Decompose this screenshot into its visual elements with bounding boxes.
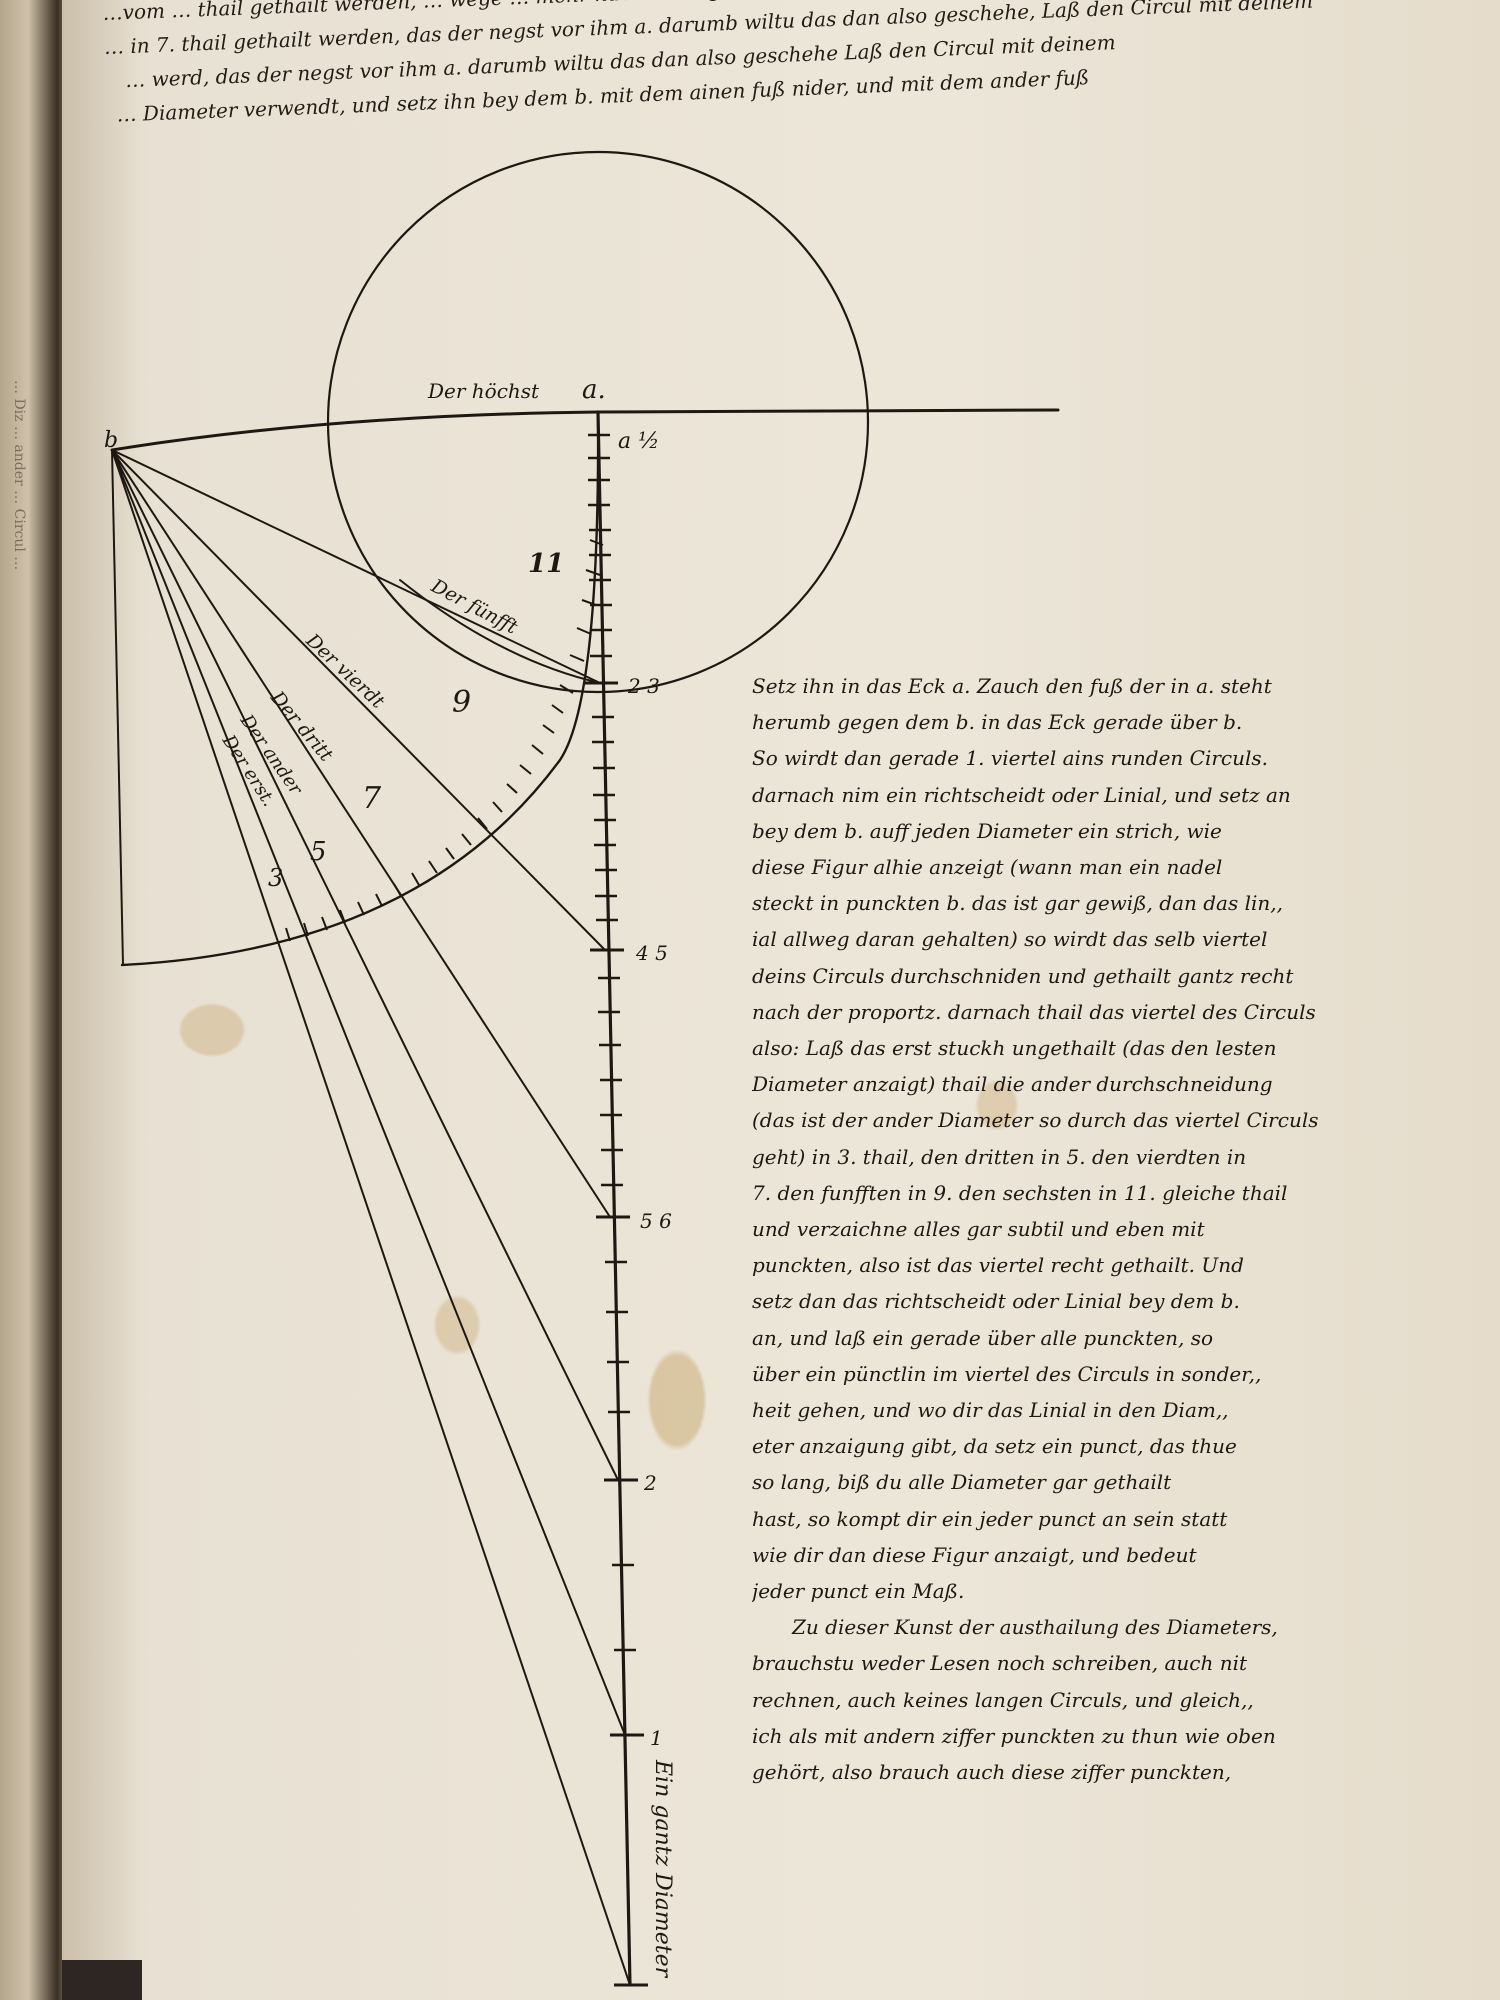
- arc-number-5: 5: [310, 837, 327, 867]
- body-line: punckten, also ist das viertel recht get…: [752, 1247, 1482, 1283]
- axis-label-2-3: 2 3: [627, 674, 660, 698]
- body-line: deins Circuls durchschniden und gethailt…: [752, 958, 1482, 994]
- point-b-label: b: [104, 428, 118, 453]
- diameter-label: Ein gantz Diameter: [650, 1759, 675, 1979]
- body-line: 7. den funfften in 9. den sechsten in 11…: [752, 1175, 1482, 1211]
- arc-number-11: 11: [528, 549, 564, 579]
- body-line: herumb gegen dem b. in das Eck gerade üb…: [752, 704, 1482, 740]
- body-line: eter anzaigung gibt, da setz ein punct, …: [752, 1428, 1482, 1464]
- body-line: bey dem b. auff jeden Diameter ein stric…: [752, 813, 1482, 849]
- manuscript-page: …vom … thail gethailt werden, … wege … m…: [62, 0, 1500, 2000]
- label-der-vierte: Der vierdt: [301, 629, 389, 713]
- left-edge-line: [112, 450, 123, 965]
- axis-label-1: 1: [650, 1726, 663, 1750]
- axis-label-5-6: 5 6: [640, 1209, 672, 1233]
- axis-label-4-5: 4 5: [635, 941, 668, 965]
- body-line: brauchstu weder Lesen noch schreiben, au…: [752, 1645, 1482, 1681]
- body-line: (das ist der ander Diameter so durch das…: [752, 1102, 1482, 1138]
- ray-andere: [112, 450, 625, 1735]
- label-der-hoechst: Der höchst: [427, 379, 540, 403]
- body-line: wie dir dan diese Figur anzaigt, und bed…: [752, 1537, 1482, 1573]
- book-cover-edge: [62, 1960, 142, 2000]
- body-line: ich als mit andern ziffer punckten zu th…: [752, 1718, 1482, 1754]
- body-line: jeder punct ein Maß.: [752, 1573, 1482, 1609]
- body-line: so lang, biß du alle Diameter gar gethai…: [752, 1464, 1482, 1500]
- body-line: Diameter anzaigt) thail die ander durchs…: [752, 1066, 1482, 1102]
- body-line: also: Laß das erst stuckh ungethailt (da…: [752, 1030, 1482, 1066]
- body-line: an, und laß ein gerade über alle punckte…: [752, 1320, 1482, 1356]
- arc-number-9: 9: [452, 685, 471, 720]
- diameter-axis: [598, 412, 630, 1985]
- body-paragraph: Setz ihn in das Eck a. Zauch den fuß der…: [752, 668, 1482, 1790]
- body-line: darnach nim ein richtscheidt oder Linial…: [752, 777, 1482, 813]
- body-line: gehört, also brauch auch diese ziffer pu…: [752, 1754, 1482, 1790]
- body-line: und verzaichne alles gar subtil und eben…: [752, 1211, 1482, 1247]
- axis-label-6: 2: [643, 1471, 657, 1495]
- ray-dritte: [112, 450, 618, 1480]
- axis-ticks: [585, 435, 648, 1985]
- axis-label-a: a ½: [618, 429, 659, 454]
- arc-number-3: 3: [268, 864, 283, 892]
- body-line: Setz ihn in das Eck a. Zauch den fuß der…: [752, 668, 1482, 704]
- body-line: ial allweg daran gehalten) so wirdt das …: [752, 921, 1482, 957]
- body-line: heit gehen, und wo dir das Linial in den…: [752, 1392, 1482, 1428]
- arc-number-7: 7: [362, 781, 382, 816]
- body-line: nach der proportz. darnach thail das vie…: [752, 994, 1482, 1030]
- body-line: geht) in 3. thail, den dritten in 5. den…: [752, 1139, 1482, 1175]
- body-line: Zu dieser Kunst der austhailung des Diam…: [752, 1609, 1482, 1645]
- body-line: über ein pünctlin im viertel des Circuls…: [752, 1356, 1482, 1392]
- body-line: steckt in punckten b. das ist gar gewiß,…: [752, 885, 1482, 921]
- body-line: setz dan das richtscheidt oder Linial be…: [752, 1283, 1482, 1319]
- point-a-label: a.: [582, 375, 606, 405]
- top-line: [112, 410, 1058, 450]
- ray-hoechst: [112, 450, 600, 683]
- ray-fuenfte: [112, 450, 605, 950]
- facing-page-text: … Diz … ander … Circul …: [0, 380, 30, 1780]
- body-line: diese Figur alhie anzeigt (wann man ein …: [752, 849, 1482, 885]
- body-line: rechnen, auch keines langen Circuls, und…: [752, 1682, 1482, 1718]
- body-line: So wirdt dan gerade 1. viertel ains rund…: [752, 740, 1482, 776]
- body-line: hast, so kompt dir ein jeder punct an se…: [752, 1501, 1482, 1537]
